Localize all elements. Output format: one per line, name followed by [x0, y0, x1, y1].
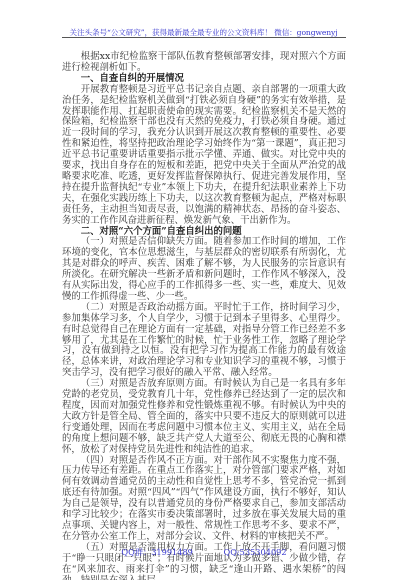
- item-paragraph-4: （四）对照是否作风不正方面。对干部作风不实聚焦力度不强，压力传导还有差距。在重点…: [62, 456, 346, 543]
- item-paragraph-3: （三）对照是否放弃原则方面。有时候认为自己是一名具有多年党龄的老党员，受党教育几…: [62, 379, 346, 455]
- item-paragraph-2: （二）对照是否政治动摇方面。平时忙于工作，挤时间学习少，参加集体学习多，个人自学…: [62, 303, 346, 379]
- section-1-paragraph: 开展教育整顿是习近平总书记亲自点题、亲自部署的一项重大政治任务，是纪检监察机关做…: [62, 85, 346, 227]
- header-divider: [62, 37, 346, 38]
- intro-paragraph: 根据xx市纪检监察干部队伍教育整顿部署安排，现对照六个方面进行检视剖析如下。: [62, 52, 346, 74]
- qq-text: QQ:535304092: [224, 547, 287, 557]
- footer-contact: QQ群：31991489 QQ:535304092: [0, 547, 408, 558]
- qq-group-text: QQ群：31991489: [121, 547, 192, 557]
- item-paragraph-1: （一）对照是否信仰缺失方面。随着参加工作时间的增加，工作环境的变化，官本位思想滋…: [62, 237, 346, 302]
- document-body: 根据xx市纪检监察干部队伍教育整顿部署安排，现对照六个方面进行检视剖析如下。 一…: [62, 52, 346, 580]
